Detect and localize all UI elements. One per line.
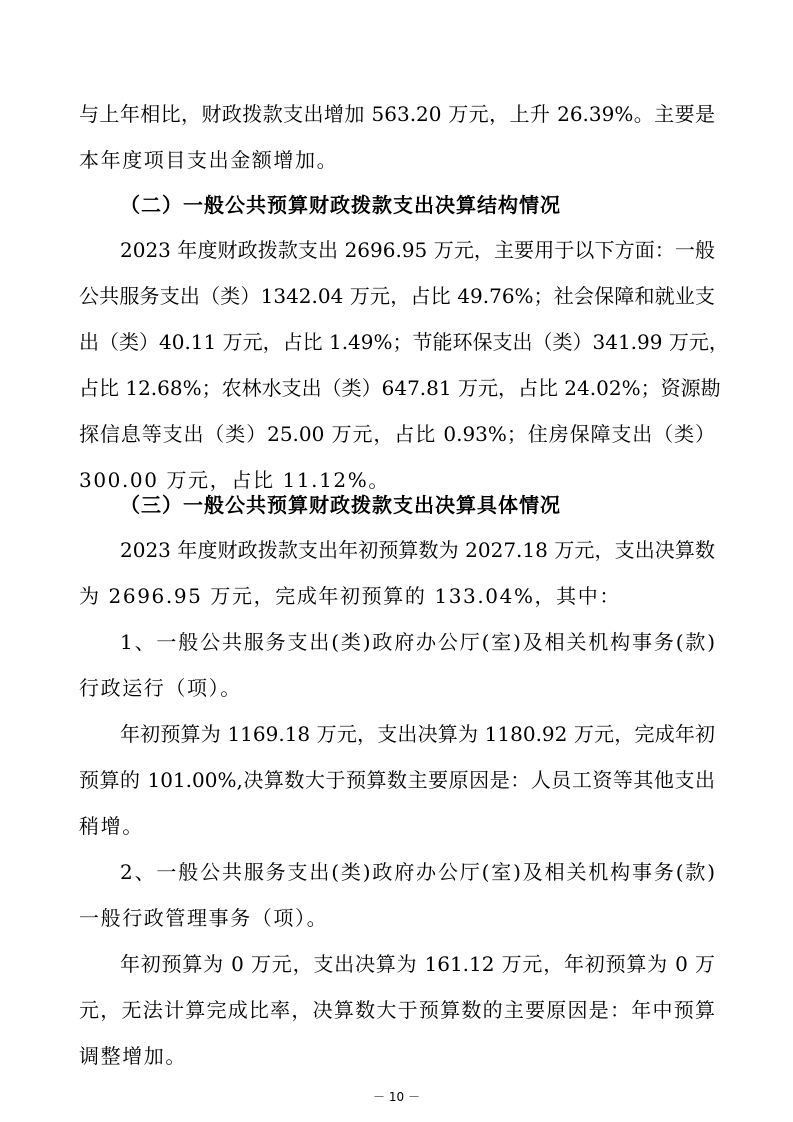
paragraph-line: 年初预算为 0 万元，支出决算为 161.12 万元，年初预算为 0 万 xyxy=(120,951,715,977)
paragraph-line: 占比 12.68%；农林水支出（类）647.81 万元，占比 24.02%；资源… xyxy=(79,375,715,401)
paragraph-line: 调整增加。 xyxy=(79,1043,715,1069)
paragraph-line: 本年度项目支出金额增加。 xyxy=(79,147,715,173)
paragraph-line: 元，无法计算完成比率，决算数大于预算数的主要原因是：年中预算 xyxy=(79,997,715,1023)
paragraph-line: 稍增。 xyxy=(79,813,715,839)
paragraph-line: 为 2696.95 万元，完成年初预算的 133.04%，其中： xyxy=(79,583,715,609)
paragraph-line: 300.00 万元，占比 11.12%。 xyxy=(79,467,715,493)
paragraph-line: 探信息等支出（类）25.00 万元，占比 0.93%；住房保障支出（类） xyxy=(79,421,715,447)
paragraph-line: 2023 年度财政拨款支出年初预算数为 2027.18 万元，支出决算数 xyxy=(120,537,715,563)
section-heading-3: （三）一般公共预算财政拨款支出决算具体情况 xyxy=(120,492,561,518)
section-heading-2: （二）一般公共预算财政拨款支出决算结构情况 xyxy=(120,192,561,218)
paragraph-line: 年初预算为 1169.18 万元，支出决算为 1180.92 万元，完成年初 xyxy=(120,721,715,747)
paragraph-line: 一般行政管理事务（项）。 xyxy=(79,905,715,931)
paragraph-line: 行政运行（项）。 xyxy=(79,675,715,701)
paragraph-line: 预算的 101.00%,决算数大于预算数主要原因是：人员工资等其他支出 xyxy=(79,767,715,793)
document-page: 与上年相比，财政拨款支出增加 563.20 万元，上升 26.39%。主要是 本… xyxy=(0,0,793,1122)
paragraph-line: 2023 年度财政拨款支出 2696.95 万元，主要用于以下方面：一般 xyxy=(120,237,715,263)
paragraph-line: 2、一般公共服务支出(类)政府办公厅(室)及相关机构事务(款) xyxy=(120,859,715,885)
paragraph-line: 公共服务支出（类）1342.04 万元，占比 49.76%；社会保障和就业支 xyxy=(79,283,715,309)
paragraph-line: 1、一般公共服务支出(类)政府办公厅(室)及相关机构事务(款) xyxy=(120,629,715,655)
page-number: － 10 － xyxy=(0,1088,793,1105)
paragraph-line: 出（类）40.11 万元，占比 1.49%；节能环保支出（类）341.99 万元… xyxy=(79,329,715,355)
paragraph-line: 与上年相比，财政拨款支出增加 563.20 万元，上升 26.39%。主要是 xyxy=(79,101,715,127)
